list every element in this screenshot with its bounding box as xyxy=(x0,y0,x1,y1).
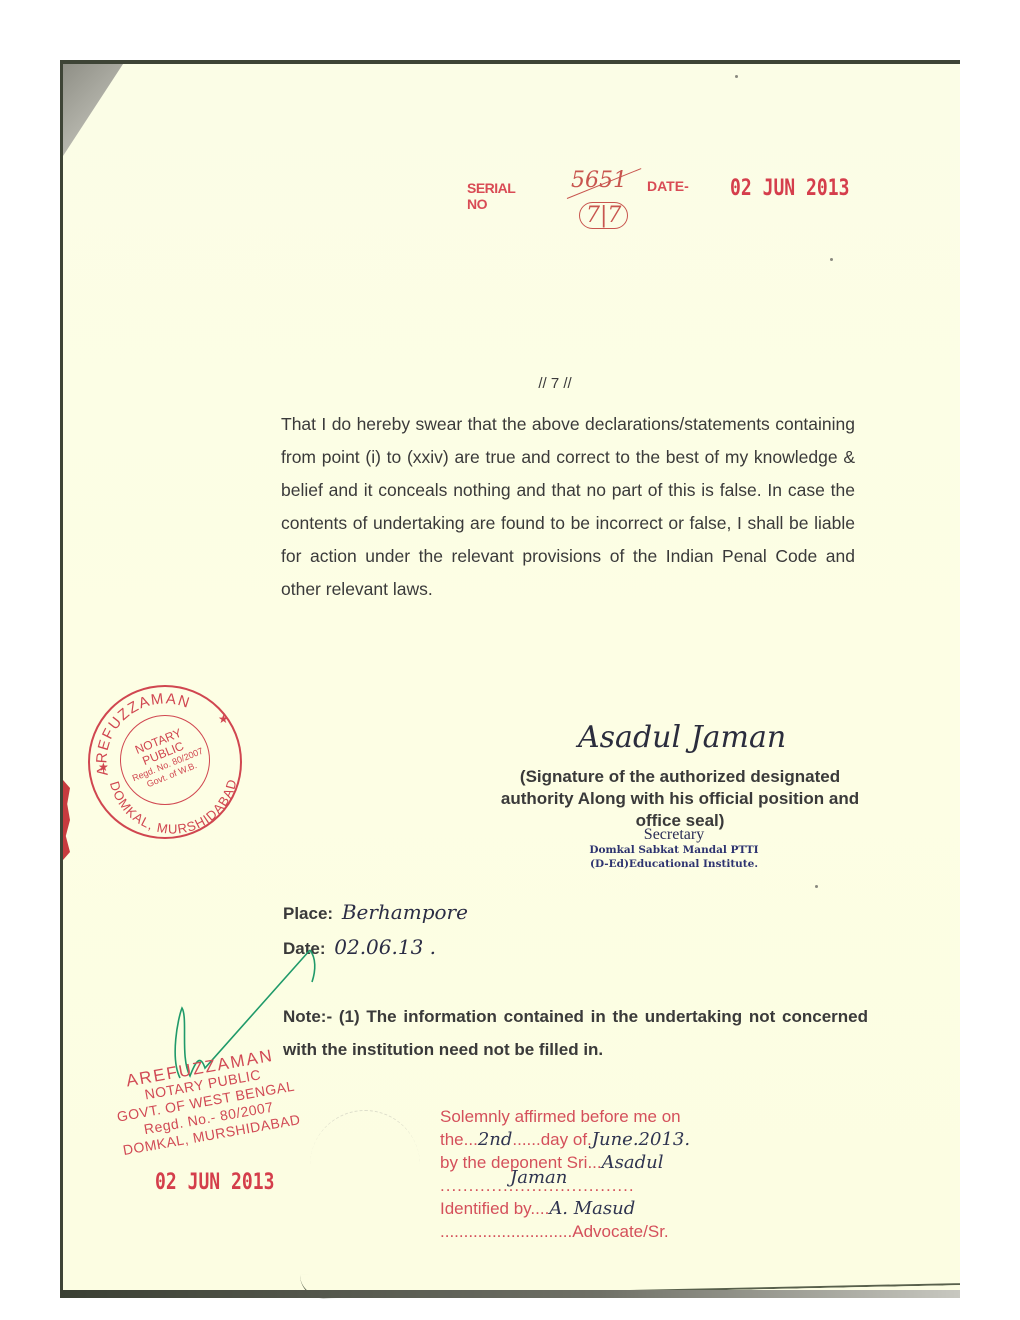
place-field: Place: Berhampore xyxy=(283,900,468,924)
affirm-line1: Solemnly affirmed before me on xyxy=(440,1105,750,1128)
affirm-the: the... xyxy=(440,1130,478,1149)
affirm-deponent-name: Asadul xyxy=(602,1152,664,1173)
affirm-line6: ............................Advocate/Sr. xyxy=(440,1220,750,1243)
affirm-line4: Jaman .................................. xyxy=(440,1174,750,1197)
handwritten-signature: Asadul Jaman xyxy=(578,720,786,755)
affirm-identified-label: Identified by.... xyxy=(440,1199,549,1218)
office-title: Secretary xyxy=(584,826,764,843)
speck xyxy=(830,258,833,261)
svg-text:★: ★ xyxy=(98,760,109,774)
affirm-line2: the...2nd......day of.June.2013. xyxy=(440,1128,750,1151)
svg-text:★: ★ xyxy=(218,712,229,726)
office-seal: Secretary Domkal Sabkat Mandal PTTI (D-E… xyxy=(584,826,764,871)
office-name-line1: Domkal Sabkat Mandal PTTI xyxy=(584,843,764,857)
place-value: Berhampore xyxy=(342,900,468,924)
signature-caption: (Signature of the authorized designated … xyxy=(490,766,870,832)
speck xyxy=(815,885,818,888)
declaration-paragraph: That I do hereby swear that the above de… xyxy=(281,408,855,606)
office-name-line2: (D-Ed)Educational Institute. xyxy=(584,857,764,871)
serial-number-handwritten: 5651 xyxy=(571,168,627,193)
affirm-deponent-surname: Jaman xyxy=(510,1166,567,1189)
page-number-marker: // 7 // xyxy=(0,375,1020,392)
date-label: DATE- xyxy=(647,178,689,194)
note-paragraph: Note:- (1) The information contained in … xyxy=(283,1000,868,1066)
affirm-line3: by the deponent Sri...Asadul xyxy=(440,1151,750,1174)
serial-fraction-handwritten: 7|7 xyxy=(579,202,628,229)
affirm-day: 2nd xyxy=(478,1129,513,1150)
seal-center-text: NOTARY PUBLIC Regd. No. 80/2007 Govt. of… xyxy=(115,719,215,796)
serial-label: SERIAL NO xyxy=(467,180,515,212)
affirm-month: June xyxy=(592,1129,633,1150)
affirmation-stamp: Solemnly affirmed before me on the...2nd… xyxy=(440,1105,750,1243)
speck xyxy=(735,75,738,78)
notary-seal: AREFUZZAMAN DOMKAL, MURSHIDABAD ★ ★ NOTA… xyxy=(88,685,242,839)
affirm-day-of: ......day of. xyxy=(512,1130,591,1149)
page-bottom-edge xyxy=(60,1290,960,1298)
date-field-value: 02.06.13 . xyxy=(334,935,436,959)
seal-inner-ring: NOTARY PUBLIC Regd. No. 80/2007 Govt. of… xyxy=(120,715,210,805)
affirm-identifier-name: A. Masud xyxy=(549,1198,635,1219)
date-stamp: 02 JUN 2013 xyxy=(730,176,849,201)
place-label: Place: xyxy=(283,904,333,923)
affirm-year: .2013. xyxy=(633,1129,690,1150)
affirm-line5: Identified by....A. Masud xyxy=(440,1197,750,1220)
red-tab-mark xyxy=(63,780,70,860)
notary-date-stamp: 02 JUN 2013 xyxy=(155,1170,274,1195)
